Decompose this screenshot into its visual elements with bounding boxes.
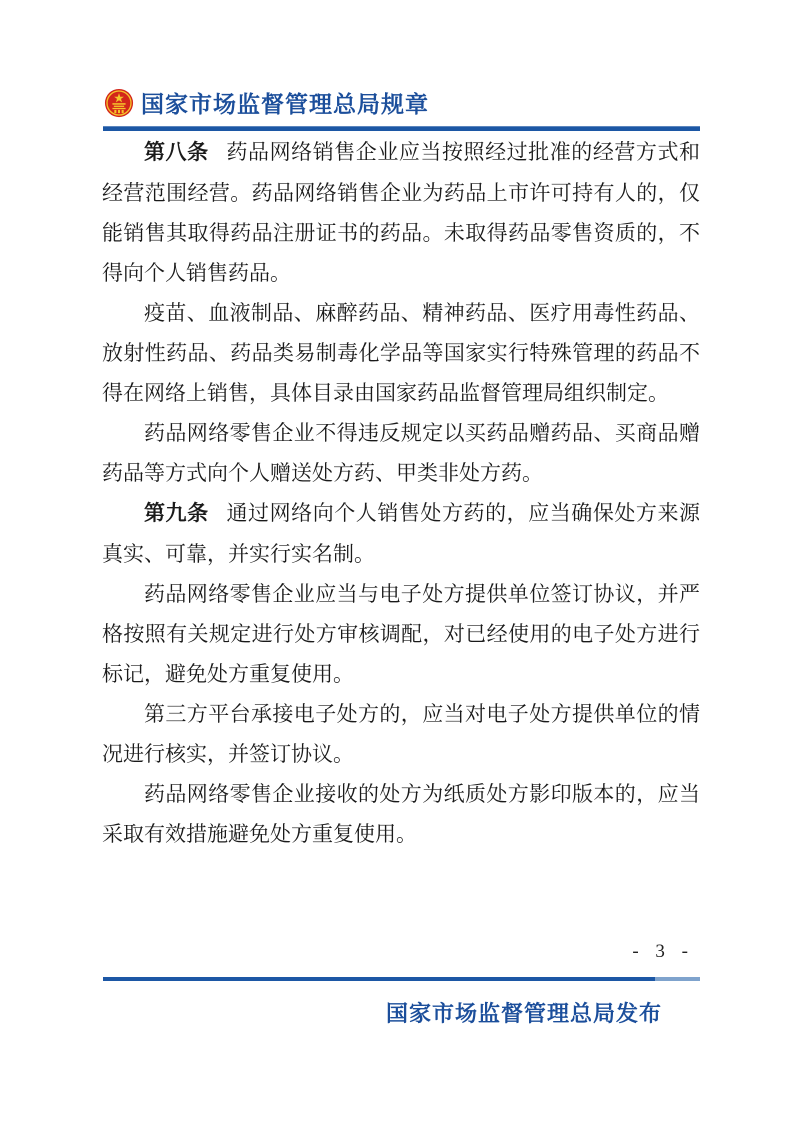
publisher-line: 国家市场监督管理总局发布 <box>386 997 662 1028</box>
document-header: 国家市场监督管理总局规章 <box>104 86 702 119</box>
paragraph-eprescription-agreement: 药品网络零售企业应当与电子处方提供单位签订协议，并严格按照有关规定进行处方审核调… <box>102 574 700 694</box>
document-body: 第八条药品网络销售企业应当按照经过批准的经营方式和经营范围经营。药品网络销售企业… <box>102 132 700 854</box>
paragraph-paper-prescription: 药品网络零售企业接收的处方为纸质处方影印版本的，应当采取有效措施避免处方重复使用… <box>102 774 700 854</box>
document-header-title: 国家市场监督管理总局规章 <box>141 86 429 119</box>
paragraph-text: 药品网络零售企业接收的处方为纸质处方影印版本的，应当采取有效措施避免处方重复使用… <box>102 782 700 846</box>
page-number: - 3 - <box>632 941 694 963</box>
paragraph-text: 疫苗、血液制品、麻醉药品、精神药品、医疗用毒性药品、放射性药品、药品类易制毒化学… <box>102 301 700 405</box>
paragraph-special-drugs: 疫苗、血液制品、麻醉药品、精神药品、医疗用毒性药品、放射性药品、药品类易制毒化学… <box>102 293 700 413</box>
article-8-label: 第八条 <box>144 141 209 164</box>
paragraph-text: 药品网络零售企业不得违反规定以买药品赠药品、买商品赠药品等方式向个人赠送处方药、… <box>102 421 700 485</box>
paragraph-third-party-platform: 第三方平台承接电子处方的，应当对电子处方提供单位的情况进行核实，并签订协议。 <box>102 694 700 774</box>
paragraph-text: 药品网络零售企业应当与电子处方提供单位签订协议，并严格按照有关规定进行处方审核调… <box>102 582 700 686</box>
header-divider-rule <box>103 126 700 131</box>
national-emblem-icon <box>104 87 134 119</box>
paragraph-gift-restriction: 药品网络零售企业不得违反规定以买药品赠药品、买商品赠药品等方式向个人赠送处方药、… <box>102 413 700 493</box>
paragraph-article-9: 第九条通过网络向个人销售处方药的，应当确保处方来源真实、可靠，并实行实名制。 <box>102 493 700 574</box>
document-page: 国家市场监督管理总局规章 第八条药品网络销售企业应当按照经过批准的经营方式和经营… <box>0 0 793 1122</box>
footer-rule-light-tail <box>655 977 700 981</box>
paragraph-text: 第三方平台承接电子处方的，应当对电子处方提供单位的情况进行核实，并签订协议。 <box>102 702 700 766</box>
paragraph-article-8: 第八条药品网络销售企业应当按照经过批准的经营方式和经营范围经营。药品网络销售企业… <box>102 132 700 293</box>
footer-divider-rule <box>103 977 700 981</box>
article-9-label: 第九条 <box>144 502 209 525</box>
